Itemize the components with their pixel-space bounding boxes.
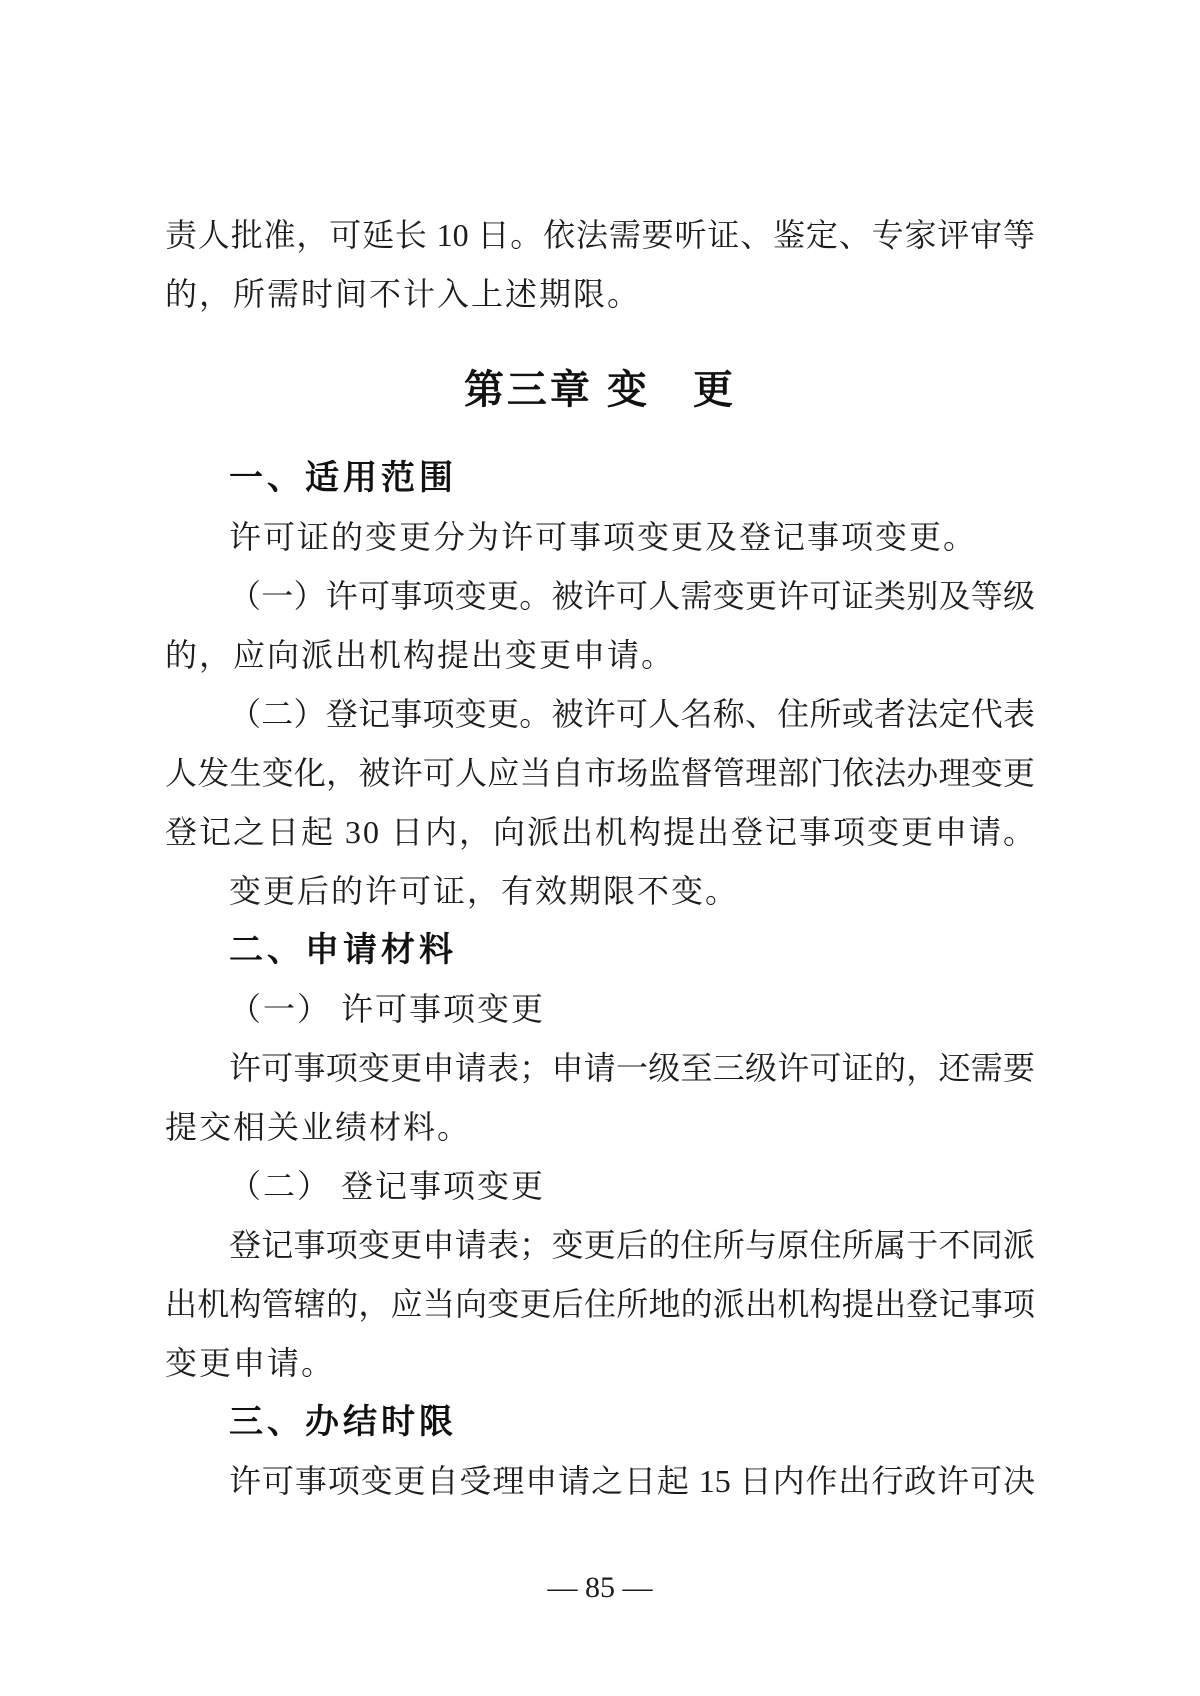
document-page: 责人批准，可延长 10 日。依法需要听证、鉴定、专家评审等的，所需时间不计入上述… — [0, 0, 1200, 1696]
body-line: 变更后的许可证，有效期限不变。 — [165, 862, 1035, 921]
body-line: 许可事项变更自受理申请之日起 15 日内作出行政许可决 — [165, 1452, 1035, 1511]
body-line: （二）登记事项变更。被许可人名称、住所或者法定代表 — [165, 685, 1035, 744]
body-line: （一）许可事项变更。被许可人需变更许可证类别及等级 — [165, 567, 1035, 626]
body-line: 的，所需时间不计入上述期限。 — [165, 265, 1035, 324]
body-line: 的，应向派出机构提出变更申请。 — [165, 626, 1035, 685]
body-line: （一） 许可事项变更 — [165, 980, 1035, 1039]
body-line: 责人批准，可延长 10 日。依法需要听证、鉴定、专家评审等 — [165, 206, 1035, 265]
document-body: 责人批准，可延长 10 日。依法需要听证、鉴定、专家评审等的，所需时间不计入上述… — [165, 206, 1035, 1511]
section-heading: 三、办结时限 — [165, 1393, 1035, 1452]
body-line: 人发生变化，被许可人应当自市场监督管理部门依法办理变更 — [165, 744, 1035, 803]
body-line: 许可事项变更申请表；申请一级至三级许可证的，还需要 — [165, 1039, 1035, 1098]
page-number: — 85 — — [0, 1566, 1200, 1610]
body-line: 登记之日起 30 日内，向派出机构提出登记事项变更申请。 — [165, 803, 1035, 862]
chapter-heading: 第三章 变 更 — [165, 361, 1035, 420]
body-line: 变更申请。 — [165, 1334, 1035, 1393]
section-heading: 二、申请材料 — [165, 921, 1035, 980]
body-line: 许可证的变更分为许可事项变更及登记事项变更。 — [165, 508, 1035, 567]
body-line: 登记事项变更申请表；变更后的住所与原住所属于不同派 — [165, 1216, 1035, 1275]
section-heading: 一、适用范围 — [165, 449, 1035, 508]
body-line: 出机构管辖的，应当向变更后住所地的派出机构提出登记事项 — [165, 1275, 1035, 1334]
body-line: （二） 登记事项变更 — [165, 1157, 1035, 1216]
body-line: 提交相关业绩材料。 — [165, 1098, 1035, 1157]
